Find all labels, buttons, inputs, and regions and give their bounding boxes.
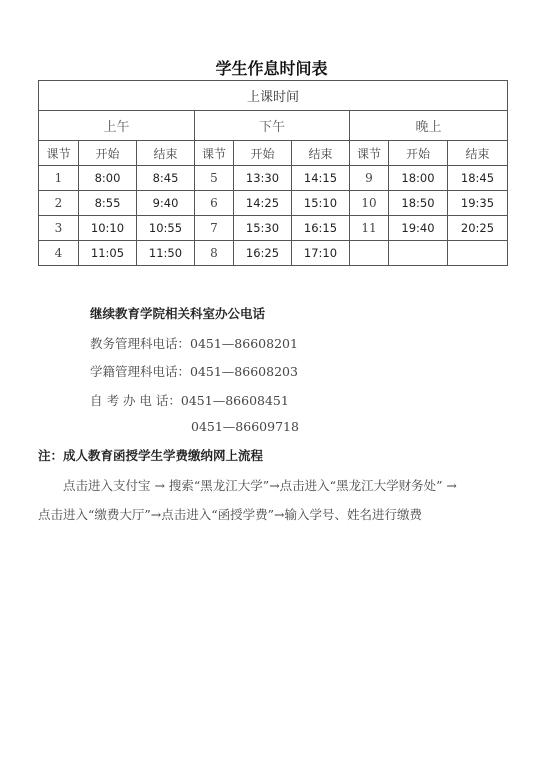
- table-row: 1 8:00 8:45 5 13:30 14:15 9 18:00 18:45: [39, 166, 508, 191]
- period-number: [350, 241, 389, 266]
- table-caption: 上课时间: [39, 81, 508, 111]
- contact-line: 0451—86609718: [191, 419, 299, 434]
- end-time: 11:50: [137, 241, 195, 266]
- contact-line: 教务管理科电话：0451—86608201: [90, 334, 298, 352]
- start-time: 13:30: [234, 166, 292, 191]
- column-header: 结束: [448, 141, 508, 166]
- note-paragraph-line: 点击进入支付宝 → 搜索“黑龙江大学”→点击进入“黑龙江大学财务处” →: [38, 476, 508, 494]
- column-header: 结束: [292, 141, 350, 166]
- period-number: 3: [39, 216, 79, 241]
- column-header: 课节: [39, 141, 79, 166]
- period-number: 6: [195, 191, 234, 216]
- column-header: 开始: [79, 141, 137, 166]
- start-time: 19:40: [389, 216, 448, 241]
- contacts-heading: 继续教育学院相关科室办公电话: [90, 304, 265, 322]
- period-number: 8: [195, 241, 234, 266]
- start-time: 8:55: [79, 191, 137, 216]
- end-time: 18:45: [448, 166, 508, 191]
- section-afternoon: 下午: [195, 111, 350, 141]
- section-morning: 上午: [39, 111, 195, 141]
- start-time: 15:30: [234, 216, 292, 241]
- start-time: 18:00: [389, 166, 448, 191]
- column-header: 开始: [389, 141, 448, 166]
- start-time: [389, 241, 448, 266]
- note-heading: 注：成人教育函授学生学费缴纳网上流程: [38, 446, 263, 464]
- schedule-table: 上课时间 上午 下午 晚上 课节 开始 结束 课节 开始 结束 课节 开始 结束…: [38, 80, 508, 266]
- start-time: 10:10: [79, 216, 137, 241]
- contact-line: 自 考 办 电 话：0451—86608451: [90, 391, 289, 409]
- table-row: 4 11:05 11:50 8 16:25 17:10: [39, 241, 508, 266]
- period-number: 4: [39, 241, 79, 266]
- period-number: 10: [350, 191, 389, 216]
- section-evening: 晚上: [350, 111, 508, 141]
- start-time: 16:25: [234, 241, 292, 266]
- note-paragraph-line: 点击进入“缴费大厅”→点击进入“函授学费”→输入学号、姓名进行缴费: [38, 505, 508, 523]
- start-time: 18:50: [389, 191, 448, 216]
- start-time: 11:05: [79, 241, 137, 266]
- end-time: 10:55: [137, 216, 195, 241]
- end-time: 19:35: [448, 191, 508, 216]
- table-row: 3 10:10 10:55 7 15:30 16:15 11 19:40 20:…: [39, 216, 508, 241]
- end-time: 14:15: [292, 166, 350, 191]
- end-time: [448, 241, 508, 266]
- end-time: 9:40: [137, 191, 195, 216]
- start-time: 8:00: [79, 166, 137, 191]
- column-header-row: 课节 开始 结束 课节 开始 结束 课节 开始 结束: [39, 141, 508, 166]
- period-number: 2: [39, 191, 79, 216]
- end-time: 20:25: [448, 216, 508, 241]
- period-number: 11: [350, 216, 389, 241]
- period-number: 5: [195, 166, 234, 191]
- column-header: 结束: [137, 141, 195, 166]
- table-row: 2 8:55 9:40 6 14:25 15:10 10 18:50 19:35: [39, 191, 508, 216]
- start-time: 14:25: [234, 191, 292, 216]
- column-header: 开始: [234, 141, 292, 166]
- end-time: 16:15: [292, 216, 350, 241]
- contact-line: 学籍管理科电话：0451—86608203: [90, 362, 298, 380]
- end-time: 17:10: [292, 241, 350, 266]
- period-number: 9: [350, 166, 389, 191]
- page-title: 学生作息时间表: [0, 56, 543, 79]
- period-number: 7: [195, 216, 234, 241]
- end-time: 8:45: [137, 166, 195, 191]
- column-header: 课节: [195, 141, 234, 166]
- period-number: 1: [39, 166, 79, 191]
- column-header: 课节: [350, 141, 389, 166]
- end-time: 15:10: [292, 191, 350, 216]
